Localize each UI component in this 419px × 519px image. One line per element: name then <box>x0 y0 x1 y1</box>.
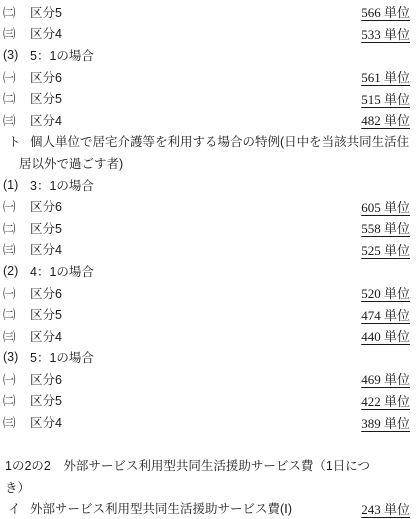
group-row: (2)4：1の場合 <box>0 260 419 282</box>
row-marker: ㈡ <box>3 3 30 21</box>
row-unit-value: 561 単位 <box>361 67 410 86</box>
row-label: 区分6 <box>30 284 361 302</box>
row-marker: ㈠ <box>3 68 30 86</box>
row-unit-value: 422 単位 <box>361 391 410 410</box>
paragraph-line: 居以外で過ごす者) <box>0 152 419 174</box>
row-label: 区分4 <box>30 413 361 431</box>
fee-row: ㈠区分6605 単位 <box>0 195 419 217</box>
fee-row: ㈡区分5515 単位 <box>0 87 419 109</box>
fee-row: ㈡区分5422 単位 <box>0 390 419 412</box>
wrapped-paragraph-row: ト個人単位で居宅介護等を利用する場合の特例(日中を当該共同生活住居以外で過ごす者… <box>0 131 419 174</box>
fee-schedule-document: ㈡区分5566 単位㈢区分4533 単位(3)5：1の場合㈠区分6561 単位㈡… <box>0 0 419 519</box>
fee-row: ㈢区分4482 単位 <box>0 109 419 131</box>
row-marker: ㈢ <box>3 111 30 129</box>
fee-row: ㈠区分6469 単位 <box>0 368 419 390</box>
row-marker: イ <box>8 499 30 517</box>
heading-line: 1の2の2 外部サービス利用型共同生活援助サービス費（1日につ <box>0 454 419 476</box>
row-unit-value: 605 単位 <box>361 197 410 216</box>
row-unit-value: 520 単位 <box>361 283 410 302</box>
fee-row: ㈡区分5566 単位 <box>0 1 419 23</box>
section-heading: 1の2の2 外部サービス利用型共同生活援助サービス費（1日につき） <box>0 454 419 497</box>
fee-row: ㈢区分4389 単位 <box>0 411 419 433</box>
row-label: 区分4 <box>30 111 361 129</box>
row-label: 5：1の場合 <box>30 348 410 366</box>
row-label: 区分5 <box>30 305 361 323</box>
row-marker: ㈢ <box>3 24 30 42</box>
fee-row: ㈢区分4440 単位 <box>0 325 419 347</box>
row-marker: ト <box>8 131 21 153</box>
row-unit-value: 482 単位 <box>361 110 410 129</box>
row-label: 区分4 <box>30 327 361 345</box>
row-unit-value: 515 単位 <box>361 89 410 108</box>
row-label: 区分5 <box>30 89 361 107</box>
group-row: (3)5：1の場合 <box>0 347 419 369</box>
row-marker: (2) <box>3 264 30 278</box>
heading-line: き） <box>0 476 419 498</box>
row-unit-value: 525 単位 <box>361 240 410 259</box>
fee-row: ㈡区分5558 単位 <box>0 217 419 239</box>
fee-row: イ外部サービス利用型共同生活援助サービス費(Ⅰ)243 単位 <box>0 498 419 519</box>
row-unit-value: 440 単位 <box>361 326 410 345</box>
row-label: 区分5 <box>30 219 361 237</box>
row-marker: ㈠ <box>3 197 30 215</box>
row-unit-value: 389 単位 <box>361 413 410 432</box>
fee-row: ㈡区分5474 単位 <box>0 303 419 325</box>
row-marker: ㈢ <box>3 413 30 431</box>
row-unit-value: 533 単位 <box>361 24 410 43</box>
row-marker: ㈡ <box>3 219 30 237</box>
row-label: 区分4 <box>30 240 361 258</box>
fee-row: ㈠区分6520 単位 <box>0 282 419 304</box>
row-marker: ㈢ <box>3 240 30 258</box>
row-label: 区分6 <box>30 68 361 86</box>
row-marker: ㈡ <box>3 89 30 107</box>
row-label: 4：1の場合 <box>30 262 410 280</box>
group-row: (3)5：1の場合 <box>0 44 419 66</box>
row-label: 区分6 <box>30 197 361 215</box>
row-marker: (1) <box>3 178 30 192</box>
paragraph-line: 個人単位で居宅介護等を利用する場合の特例(日中を当該共同生活住 <box>0 131 419 153</box>
row-unit-value: 474 単位 <box>361 305 410 324</box>
row-unit-value: 558 単位 <box>361 218 410 237</box>
row-marker: ㈡ <box>3 391 30 409</box>
row-label: 5：1の場合 <box>30 46 410 64</box>
row-unit-value: 469 単位 <box>361 369 410 388</box>
row-marker: ㈠ <box>3 370 30 388</box>
group-row: (1)3：1の場合 <box>0 174 419 196</box>
row-marker: (3) <box>3 48 30 62</box>
row-label: 区分5 <box>30 3 361 21</box>
fee-row: ㈢区分4525 単位 <box>0 239 419 261</box>
blank-row <box>0 433 419 455</box>
row-label: 3：1の場合 <box>30 176 410 194</box>
row-label: 区分4 <box>30 24 361 42</box>
fee-row: ㈠区分6561 単位 <box>0 66 419 88</box>
row-label: 区分5 <box>30 391 361 409</box>
row-unit-value: 243 単位 <box>361 499 410 518</box>
row-marker: (3) <box>3 350 30 364</box>
row-label: 外部サービス利用型共同生活援助サービス費(Ⅰ) <box>30 499 361 517</box>
row-marker: ㈡ <box>3 305 30 323</box>
row-label: 区分6 <box>30 370 361 388</box>
row-marker: ㈠ <box>3 284 30 302</box>
fee-row: ㈢区分4533 単位 <box>0 23 419 45</box>
row-marker: ㈢ <box>3 327 30 345</box>
row-unit-value: 566 単位 <box>361 2 410 21</box>
